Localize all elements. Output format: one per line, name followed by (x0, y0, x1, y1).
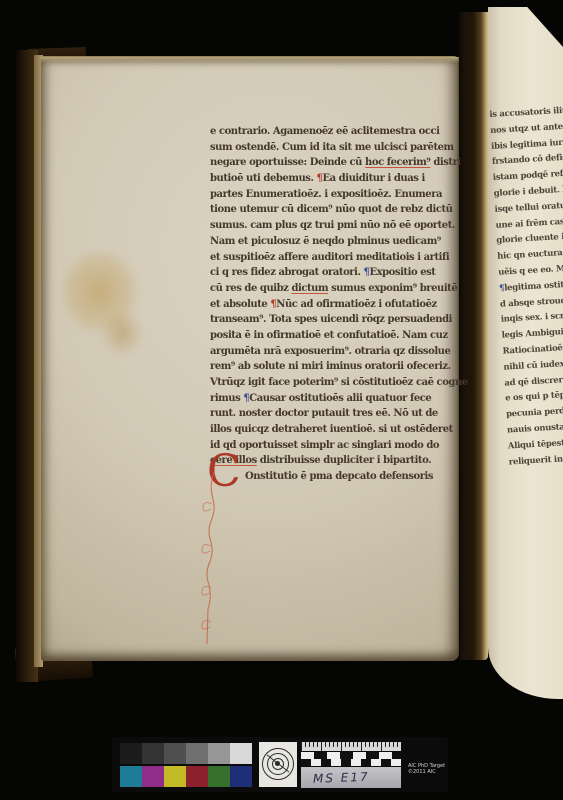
text-segment: legis Ambiguit. orf (501, 326, 563, 341)
manuscript-text-line: rem⁹ ab solute ni miri iminus oratorii o… (210, 359, 444, 375)
manuscript-text-line: cū res de quibz dictum sumus exponim⁹ br… (210, 281, 444, 297)
text-segment: argumēta nrā exposuerim⁹. otraria qz dis… (210, 346, 450, 357)
color-swatch (208, 766, 230, 787)
shelfmark-label-strip: MS E17 (301, 767, 401, 788)
text-segment: ci q res fidez abrogat oratori. (210, 267, 364, 278)
text-segment: partes Enumeratioēz. i expositioēz. Enum… (210, 189, 442, 200)
grayscale-swatch-row (120, 743, 252, 764)
manuscript-text-line: ci q res fidez abrogat oratori. ¶Exposit… (210, 265, 444, 281)
text-segment: ad qē discrere. Ii q (504, 373, 563, 388)
text-segment: Nūc ad ofirmatioēz i ofutatioēz (276, 299, 436, 310)
book-gutter-shadow (457, 12, 488, 660)
gray-swatch (120, 743, 142, 764)
text-segment: nihil cū iudex scri (503, 358, 563, 372)
manuscript-text-line: e contrario. Agamenoēz eē aclitemestra o… (210, 124, 444, 140)
text-segment: inqis sex. i scriptu (501, 310, 563, 325)
text-segment: glorie i debuit. blice (494, 184, 563, 199)
text-segment: dictum (291, 283, 328, 294)
gray-swatch (164, 743, 186, 764)
gray-swatch (230, 743, 252, 764)
text-segment: uēis q ee eo. Mānu (498, 263, 563, 278)
text-segment: Ea diuiditur i duas i (322, 173, 424, 184)
text-segment: rimus (210, 393, 243, 404)
text-segment: distribuisse dupliciter i bipartito. (257, 455, 431, 466)
text-segment: hoc fecerim⁹ (365, 157, 430, 168)
manuscript-text-line: illos quicqz detraheret iuentioē. si ut … (210, 422, 444, 438)
text-segment: reliquerit in schapl (509, 452, 563, 467)
manuscript-text-line: transeam⁹. Tota spes uicendi rōqz persua… (210, 312, 444, 328)
manuscript-text-line: argumēta nrā exposuerim⁹. otraria qz dis… (210, 344, 444, 360)
manuscript-text-line: et absolute ¶Nūc ad ofirmatioēz i ofutat… (210, 297, 444, 313)
color-swatch (120, 766, 142, 787)
manuscript-text-line: Vtrūqz igit face poterim⁹ si cōstitutioē… (210, 375, 444, 391)
text-segment: nauis onusta sit qu (507, 421, 563, 436)
text-segment: pecunia perdere. Eoru (506, 404, 563, 420)
text-segment: d absqe strouersia (500, 295, 563, 310)
text-segment: et suspitioēz affere auditori meditatioi… (210, 252, 449, 263)
manuscript-text-line: butioē uti debemus. ¶Ea diuiditur i duas… (210, 171, 444, 187)
manuscript-text-line: runt. noster doctor putauit tres eē. Nō … (210, 406, 444, 422)
text-segment: istam podqē refouit (493, 168, 563, 183)
text-segment: Expositio est (369, 267, 435, 278)
target-credit: AIC PhD Target ©2011 AIC (408, 763, 446, 775)
manuscript-text-line: negare oportuisse: Deinde cū hoc fecerim… (210, 155, 444, 171)
text-segment: hic qn euctura ueu (497, 247, 563, 262)
text-segment: is accusatoris ilium (489, 105, 563, 120)
text-segment: Vtrūqz igit face poterim⁹ si cōstitutioē… (210, 377, 468, 388)
shelfmark-label: MS E17 (301, 769, 370, 785)
text-segment: rem⁹ ab solute ni miri iminus oratorii o… (210, 361, 451, 372)
text-segment: nos utqz ut ante d (490, 121, 563, 136)
gray-swatch (208, 743, 230, 764)
text-segment: sum ostendē. Cum id ita sit me ulcisci p… (210, 142, 454, 153)
gray-swatch (142, 743, 164, 764)
text-segment: et absolute (210, 299, 270, 310)
left-page-text-block: e contrario. Agamenoēz eē aclitemestra o… (210, 124, 444, 485)
target-credit-line: ©2011 AIC (408, 769, 446, 775)
gray-swatch (186, 743, 208, 764)
color-calibration-target: MS E17 AIC PhD Target ©2011 AIC (112, 737, 448, 792)
color-swatch (186, 766, 208, 787)
parchment-stain (92, 300, 152, 366)
manuscript-text-line: rimus ¶Causar ostitutioēs alii quatuor f… (210, 391, 444, 407)
text-segment: transeam⁹. Tota spes uicendi rōqz persua… (210, 314, 452, 325)
color-swatch (164, 766, 186, 787)
text-segment: illos quicqz detraheret iuentioē. si ut … (210, 424, 453, 435)
manuscript-text-line: tione utemur cū dicem⁹ nūo quot de rebz … (210, 202, 444, 218)
manuscript-text-line: sumus. cam plus qz trui pmi nūo nō eē op… (210, 218, 444, 234)
text-segment: Ratiocinatioēz. Ex f (502, 342, 563, 357)
text-segment: frstando cō defido (492, 153, 563, 168)
bullseye-focus-target (259, 742, 297, 787)
text-segment: Nam et piculosuz ē neqdo plminus uedicam… (210, 236, 441, 247)
text-segment: legitima ostitut (504, 279, 563, 293)
manuscript-text-line: Nam et piculosuz ē neqdo plminus uedicam… (210, 234, 444, 250)
text-segment: cū res de quibz (210, 283, 291, 294)
text-segment: e os qui p tēpestat (505, 389, 563, 404)
ruler-scale (301, 742, 401, 751)
manuscript-text-line: posita ē in ofirmatioē et confutatioē. N… (210, 328, 444, 344)
color-swatch-row (120, 766, 252, 787)
text-segment: sumus exponim⁹ breuitē (328, 283, 457, 294)
text-segment: tione utemur cū dicem⁹ nūo quot de rebz … (210, 204, 452, 215)
text-segment: ibis legitima iurid (491, 137, 563, 151)
text-segment: runt. noster doctor putauit tres eē. Nō … (210, 408, 438, 419)
manuscript-text-line: partes Enumeratioēz. i expositioēz. Enum… (210, 187, 444, 203)
color-swatch (230, 766, 252, 787)
text-segment: posita ē in ofirmatioē et confutatioē. N… (210, 330, 448, 341)
text-segment: distri (430, 157, 460, 168)
text-segment: Aliqui tēpestate (508, 437, 563, 451)
text-segment: Onstitutio ē pma depcato defensoris (245, 471, 433, 482)
text-segment: une ai frēm casar (495, 216, 563, 230)
text-segment: e contrario. Agamenoēz eē aclitemestra o… (210, 126, 439, 137)
text-segment: butioē uti debemus. (210, 173, 317, 184)
penwork-flourish (201, 470, 225, 648)
resolution-bars (301, 759, 401, 766)
manuscript-text-line: et suspitioēz affere auditori meditatioi… (210, 250, 444, 266)
text-segment: negare oportuisse: Deinde cū (210, 157, 365, 168)
color-swatch (142, 766, 164, 787)
resolution-bars (301, 752, 401, 759)
manuscript-text-line: sum ostendē. Cum id ita sit me ulcisci p… (210, 140, 444, 156)
text-segment: glorie cluente indc (496, 231, 563, 246)
text-segment: isqe tellui oratur (494, 200, 563, 214)
text-segment: Causar ostitutioēs alii quatuor fece (249, 393, 431, 404)
text-segment: sumus. cam plus qz trui pmi nūo nō eē op… (210, 220, 455, 231)
